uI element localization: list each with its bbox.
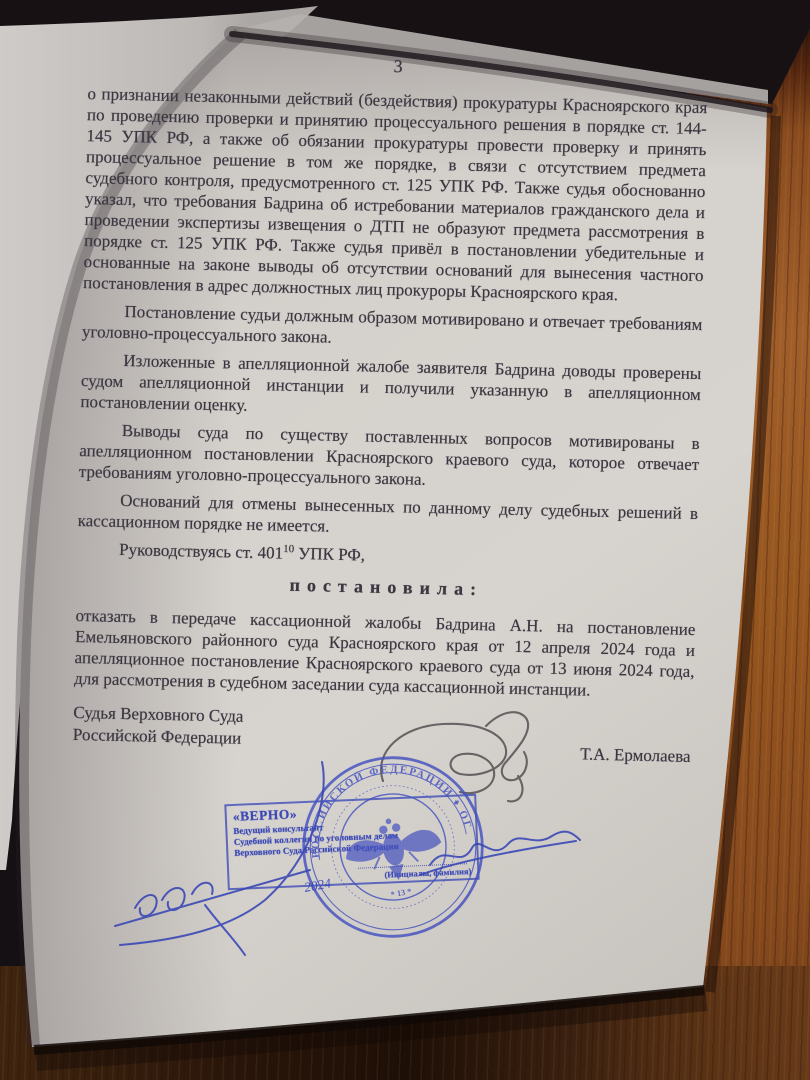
photo-of-court-document: 3 о признании незаконными действий (безд…: [0, 0, 810, 1080]
guided-by-pre: Руководствуясь ст. 401: [119, 540, 283, 563]
ink-signature: [430, 832, 580, 865]
paragraph-guided-by: Руководствуясь ст. 40110 УПК РФ,: [77, 538, 697, 573]
article-superscript: 10: [283, 543, 294, 555]
document-page: 3 о признании незаконными действий (безд…: [72, 49, 708, 767]
handwritten-year: 2024: [303, 875, 332, 895]
paragraph-appeal-arguments: Изложенные в апелляционной жалобе заявит…: [80, 349, 701, 426]
resolution-heading: постановила:: [76, 569, 696, 605]
paragraph-no-grounds: Оснований для отмены вынесенных по данно…: [78, 489, 699, 545]
paragraph-conclusions: Выводы суда по существу поставленных воп…: [79, 419, 700, 496]
paragraph-ruling-motivated: Постановление судьи должным образом моти…: [82, 300, 703, 356]
ink-flourish: [120, 762, 324, 945]
paragraph-findings: о признании незаконными действий (бездей…: [83, 83, 708, 307]
handwritten-blue-ink: 2024: [60, 740, 620, 980]
paragraph-resolution: отказать в передаче кассационной жалобы …: [74, 605, 696, 703]
guided-by-post: УПК РФ,: [294, 544, 365, 565]
